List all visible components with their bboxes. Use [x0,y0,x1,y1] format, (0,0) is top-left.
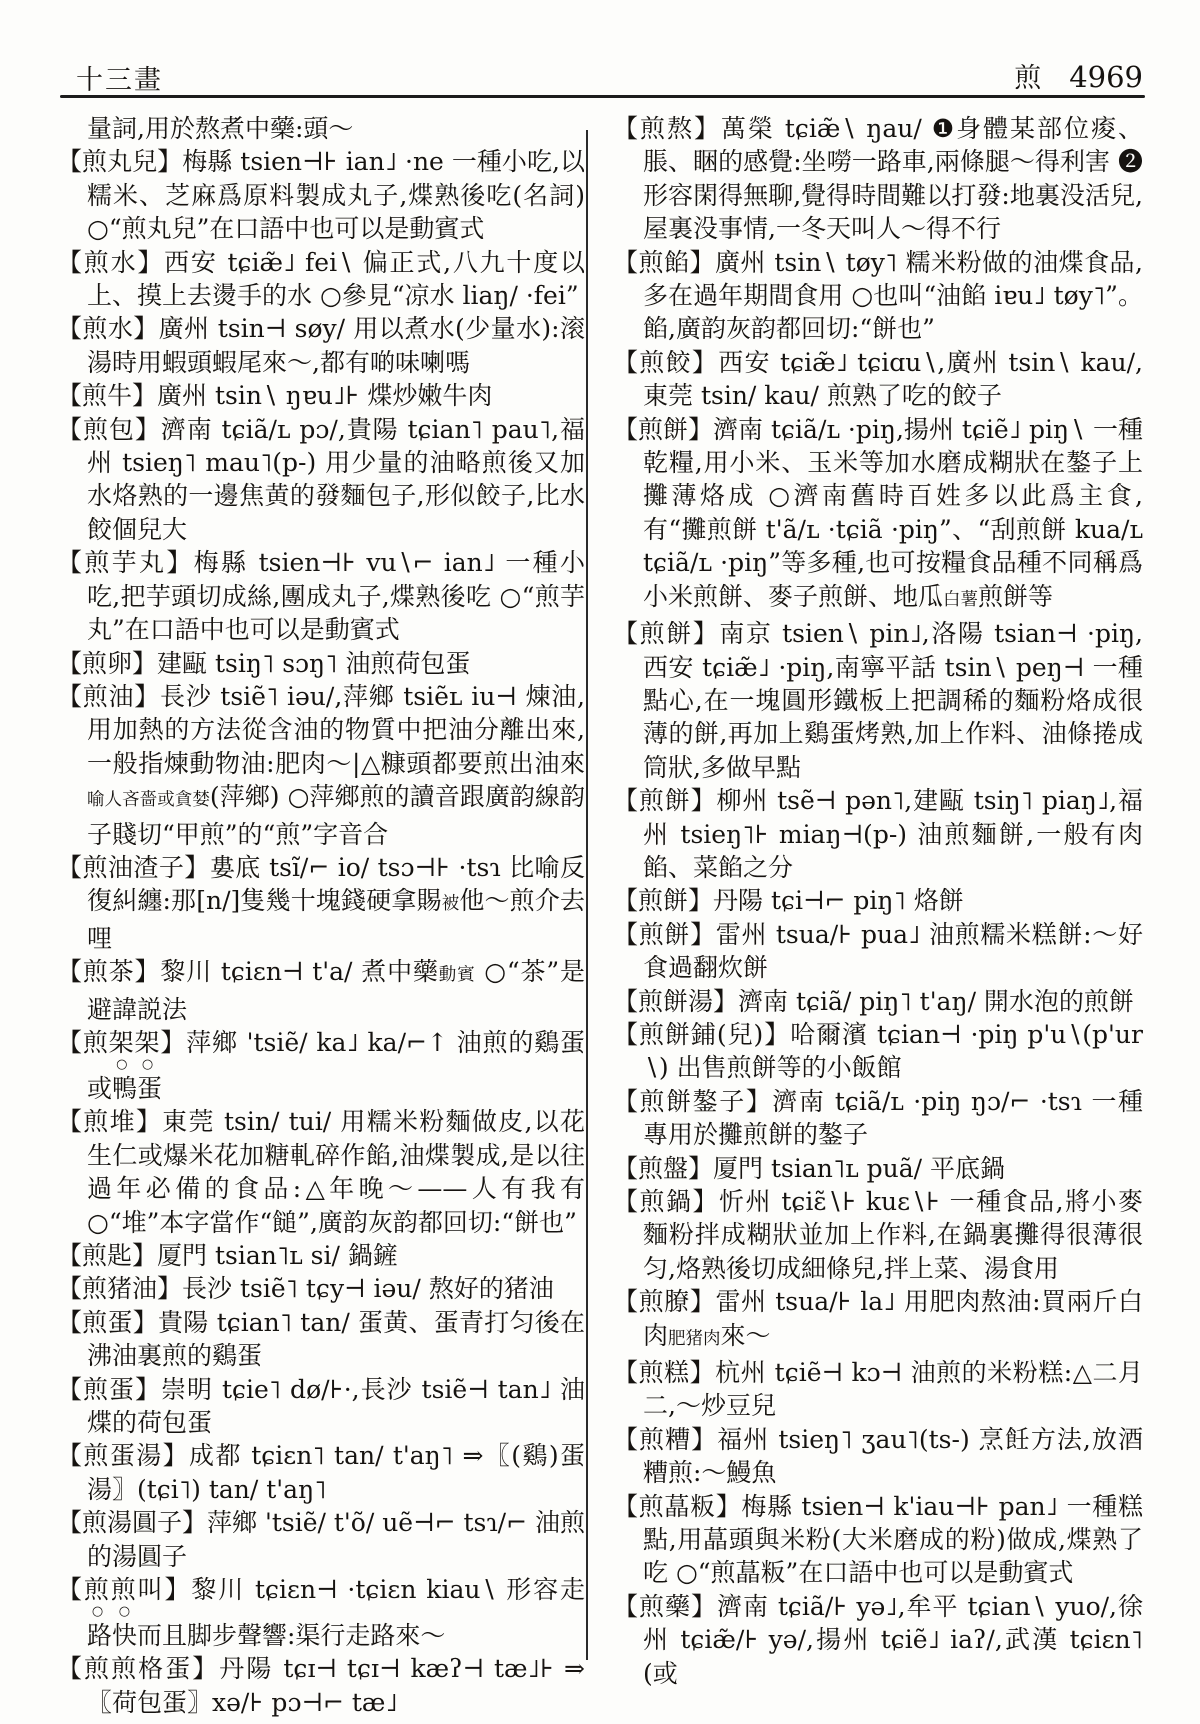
right-column: 【煎熬】萬榮 tɕiæ̃∖ ŋau∕ ❶身體某部位痠、脹、睏的感覺:坐嘮一路車,… [613,112,1143,1690]
dictionary-entry: 【煎蛋】崇明 tɕie˥ dø∕⊦·,長沙 tsiẽ⊣ tan˩ 油煠的荷包蛋 [57,1373,585,1440]
dictionary-entry: 【煎蛋湯】成都 tɕiɛn˥ tan∕ t'aŋ˥ ⇒〖(鷄)蛋湯〗(tɕi˥)… [57,1439,585,1506]
dictionary-entry: 【煎卵】建甌 tsiŋ˥ sɔŋ˥ 油煎荷包蛋 [57,647,585,680]
small-annotation: 動賓 [439,965,476,985]
running-head: 煎4969 [1014,56,1143,95]
dictionary-entry: 【煎餅】濟南 tɕiã∕ʟ ·piŋ,揚州 tɕiẽ˩ piŋ∖ 一種乾糧,用小… [613,413,1143,617]
dictionary-entry: 【煎餅】雷州 tsua∕⊦ pua˩ 油煎糯米糕餅:～好食過翻炊餅 [613,918,1143,985]
dictionary-entry: 【煎丸兒】梅縣 tsien⊣⊦ ian˩ ·ne 一種小吃,以糯米、芝麻爲原料製… [57,145,585,245]
dictionary-entry: 【煎膫】雷州 tsua∕⊦ la˩ 用肥肉熬油:買兩斤白肉肥猪肉來～ [613,1285,1143,1356]
left-column: 量詞,用於熬煮中藥:頭～【煎丸兒】梅縣 tsien⊣⊦ ian˩ ·ne 一種小… [57,112,585,1719]
dictionary-entry: 【煎餅】南京 tsien∖ pin˩,洛陽 tsian⊣ ·piŋ,西安 tɕi… [613,617,1143,784]
dictionary-entry: 【煎糕】杭州 tɕiẽ⊣ kɔ⊣ 油煎的米粉糕:△二月二,～炒豆兒 [613,1356,1143,1423]
dictionary-entry: 【煎蛋】貴陽 tɕian˥ tan∕ 蛋黄、蛋青打匀後在沸油裏煎的鷄蛋 [57,1306,585,1373]
small-annotation: 被 [442,894,460,914]
dictionary-entry: 【煎餅】柳州 tsẽ⊣ pən˥,建甌 tsiŋ˥ piaŋ˩,福州 tsieŋ… [613,784,1143,884]
dictionary-entry: 【煎餅】丹陽 tɕi⊣⌐ piŋ˥ 烙餅 [613,884,1143,917]
dictionary-entry: 【煎餡】廣州 tsin∖ tøy˥ 糯米粉做的油煠食品,多在過年期間食用 ○也叫… [613,246,1143,346]
dictionary-entry: 【煎湯圓子】萍鄉 'tsiẽ∕ t'õ∕ uẽ⊣⌐ tsɿ∕⌐ 油煎的湯圓子 [57,1506,585,1573]
dictionary-entry: 【煎蕌粄】梅縣 tsien⊣ k'iau⊣⊦ pan˩ 一種糕點,用蕌頭與米粉(… [613,1490,1143,1590]
emphasis-dotted-text: 煎煎 [84,1575,138,1604]
dictionary-entry: 【煎堆】東莞 tsin∕ tui∕ 用糯米粉麵做皮,以花生仁或爆米花加糖軋碎作餡… [57,1105,585,1239]
running-headword: 煎 [1014,63,1041,94]
page-number: 4969 [1069,60,1143,94]
dictionary-entry: 【煎包】濟南 tɕiã∕ʟ pɔ∕,貴陽 tɕian˥ pau˥,福州 tsie… [57,413,585,547]
dictionary-entry: 【煎猪油】長沙 tsiẽ˥ tɕy⊣ iəu∕ 熬好的猪油 [57,1272,585,1305]
dictionary-entry: 【煎熬】萬榮 tɕiæ̃∖ ŋau∕ ❶身體某部位痠、脹、睏的感覺:坐嘮一路車,… [613,112,1143,246]
dictionary-entry: 【煎餃】西安 tɕiæ̃˩ tɕiɑu∖,廣州 tsin∖ kau∕,東莞 ts… [613,346,1143,413]
dictionary-entry: 【煎水】廣州 tsin⊣ søy∕ 用以煮水(少量水):滚湯時用蝦頭蝦尾來～,都… [57,312,585,379]
dictionary-entry: 【煎餅鋪(兒)】哈爾濱 tɕian⊣ ·piŋ p'u∖(p'ur∖) 出售煎餅… [613,1018,1143,1085]
header-rule [60,95,1145,98]
dictionary-entry: 【煎糟】福州 tsieŋ˥ ʒau˥(ts-) 烹飪方法,放酒糟煎:～鰻魚 [613,1423,1143,1490]
dictionary-entry: 【煎水】西安 tɕiæ̃˩ fei∖ 偏正式,八九十度以上、摸上去燙手的水 ○參… [57,246,585,313]
dictionary-entry: 量詞,用於熬煮中藥:頭～ [57,112,585,145]
small-annotation: 白薯 [943,590,978,610]
dictionary-entry: 【煎油渣子】婁底 tsĩ∕⌐ io∕ tsɔ⊣⊦ ·tsɿ 比喻反復糾纏:那[n… [57,851,585,955]
section-title: 十三畫 [76,58,163,97]
small-annotation: 喻人吝嗇或貪婪 [87,790,210,810]
dictionary-entry: 【煎牛】廣州 tsin∖ ŋɐu˩⊦ 煠炒嫩牛肉 [57,379,585,412]
dictionary-entry: 【煎匙】厦門 tsian˥ʟ si∕ 鍋鏟 [57,1239,585,1272]
dictionary-entry: 【煎鍋】忻州 tɕiɛ̃∖⊦ kuɛ∖⊦ 一種食品,將小麥麵粉拌成糊狀並加上作料… [613,1185,1143,1285]
dictionary-entry: 【煎煎格蛋】丹陽 tɕɪ⊣ tɕɪ⊣ kæʔ⊣ tæ˩⊦ ⇒〖荷包蛋〗xə∕⊦ … [57,1652,585,1719]
dictionary-entry: 【煎芋丸】梅縣 tsien⊣⊦ vu∖⌐ ian˩ 一種小吃,把芋頭切成絲,團成… [57,546,585,646]
dictionary-entry: 【煎架架】萍鄉 'tsiẽ∕ ka˩ ka∕⌐↑ 油煎的鷄蛋或鴨蛋 [57,1026,585,1105]
emphasis-dotted-text: 架架 [109,1028,161,1057]
dictionary-entry: 【煎盤】厦門 tsian˥ʟ puã∕ 平底鍋 [613,1152,1143,1185]
small-annotation: 肥猪肉 [668,1329,721,1349]
dictionary-entry: 【煎煎叫】黎川 tɕiɛn⊣ ·tɕiɛn kiau∖ 形容走路快而且脚步聲響:… [57,1573,585,1652]
dictionary-entry: 【煎藥】濟南 tɕiã∕⊦ yə˩,牟平 tɕian∖ yuo∕,徐州 tɕiæ… [613,1590,1143,1690]
dictionary-entry: 【煎餅鏊子】濟南 tɕiã∕ʟ ·piŋ ŋɔ∕⌐ ·tsɿ 一種專用於攤煎餅的… [613,1085,1143,1152]
dictionary-entry: 【煎茶】黎川 tɕiɛn⊣ t'a∕ 煮中藥動賓 ○“茶”是避諱説法 [57,955,585,1026]
dictionary-entry: 【煎油】長沙 tsiẽ˥ iəu∕,萍鄉 tsiẽʟ iu⊣ 煉油,用加熱的方法… [57,680,585,851]
column-divider [586,130,588,1660]
dictionary-entry: 【煎餅湯】濟南 tɕiã∕ piŋ˥ t'aŋ∕ 開水泡的煎餅 [613,985,1143,1018]
